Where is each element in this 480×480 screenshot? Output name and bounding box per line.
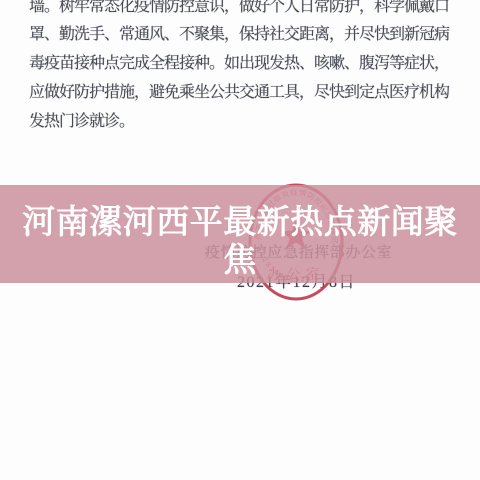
document-line: 应做好防护措施，避免乘坐公共交通工具，尽快到定点医疗机构 <box>29 79 469 102</box>
document-line: 发热门诊就诊。 <box>29 108 469 131</box>
headline-title: 河南漯河西平最新热点新闻聚 焦 <box>0 203 480 279</box>
document-line: 毒疫苗接种点完成全程接种。如出现发热、咳嗽、腹泻等症状， <box>29 50 469 73</box>
news-cover-image: 墙。树牢常态化疫情防控意识，做好个人日常防护，科学佩戴口 罩、勤洗手、常通风、不… <box>0 0 480 480</box>
document-line: 罩、勤洗手、常通风、不聚集，保持社交距离，并尽快到新冠病 <box>29 21 469 44</box>
document-line: 墙。树牢常态化疫情防控意识，做好个人日常防护，科学佩戴口 <box>29 0 469 16</box>
